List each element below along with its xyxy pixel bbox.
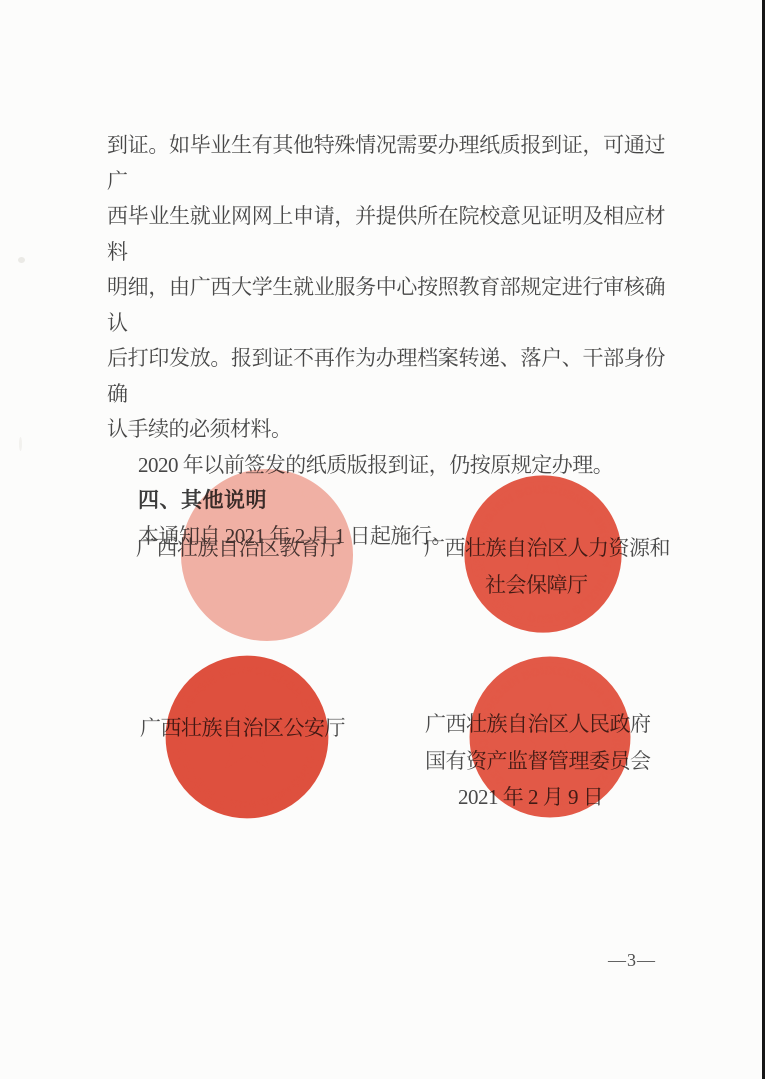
body-line: 后打印发放。报到证不再作为办理档案转递、落户、干部身份确 bbox=[107, 341, 665, 412]
seal-sasac-stamp: GVANGJSIH BOUXCUENGH SWCIGIH YINZMINZ CW… bbox=[463, 650, 637, 824]
seal-education-dept-stamp: GVANGJSIH BOUXCUENGH SWCIGIH GYAUYUZDING… bbox=[174, 462, 360, 648]
scan-speckle bbox=[18, 257, 25, 263]
body-line: 到证。如毕业生有其他特殊情况需要办理纸质报到证，可通过广 bbox=[107, 128, 665, 199]
seal-public-security-dept-stamp: GVANGJSIH BOUXCUENGH SWCIGIH GUNGANHDING… bbox=[159, 649, 335, 825]
scanned-document-page: 到证。如毕业生有其他特殊情况需要办理纸质报到证，可通过广西毕业生就业网网上申请，… bbox=[0, 0, 765, 1079]
page-number: —3— bbox=[608, 950, 656, 971]
body-line: 西毕业生就业网网上申请，并提供所在院校意见证明及相应材料 bbox=[107, 199, 665, 270]
seal-hr-social-security-dept-stamp: GVANGJSIH BOUXCUENGH SWCIGIH VUNZLIG CAE… bbox=[458, 469, 628, 639]
scan-speckle bbox=[19, 437, 22, 451]
body-line: 认手续的必须材料。 bbox=[107, 412, 665, 448]
body-line: 明细，由广西大学生就业服务中心按照教育部规定进行审核确认 bbox=[107, 270, 665, 341]
